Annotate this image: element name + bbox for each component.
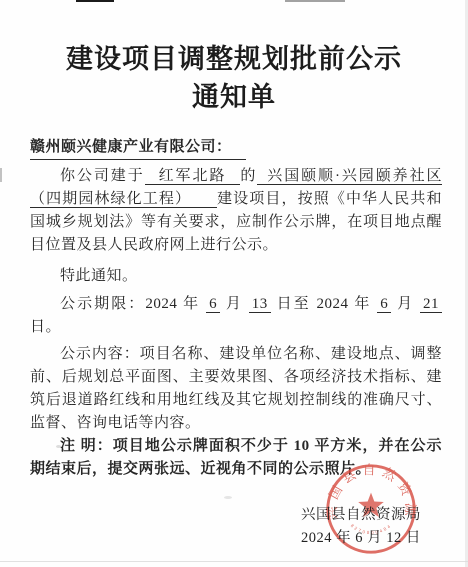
publicity-content-line: 公示内容：项目名称、建设单位名称、建设地点、调整前、后规划总平面图、主要效果图、… [30, 343, 442, 435]
issuing-organization: 兴国县自然资源局 [301, 504, 421, 527]
period-label: 公示期限： [60, 296, 145, 312]
salutation-line: 赣州颐兴健康产业有限公司： [30, 136, 442, 160]
scan-artifact [0, 561, 468, 562]
notice-document-page: 建设项目调整规划批前公示 通知单 赣州颐兴健康产业有限公司： 你公司建于红军北路… [0, 0, 468, 567]
publicity-period-line: 公示期限：2024 年 6 月 13 日至 2024 年 6 月 21 日。 [30, 293, 442, 339]
document-body: 赣州颐兴健康产业有限公司： 你公司建于红军北路的兴国颐顺·兴园颐养社区（四期园林… [0, 136, 468, 481]
issue-date: 2024 年 6 月 12 日 [301, 527, 421, 550]
period-month-2-underlined: 6 [377, 296, 391, 313]
period-month-sep-2: 月 [391, 296, 420, 312]
paragraph-lead: 你公司建于 [60, 168, 145, 184]
period-mid: 日至 2024 年 [271, 296, 377, 312]
paragraph-connector: 的 [240, 168, 257, 184]
scan-artifact [224, 496, 232, 499]
signature-block: 兴国县自然资源局 2024 年 6 月 12 日 [301, 504, 421, 550]
document-title: 建设项目调整规划批前公示 通知单 [0, 40, 468, 116]
period-day-2-underlined: 21 [420, 296, 442, 313]
period-month-1-underlined: 6 [206, 296, 220, 313]
remark-label: 注 明： [60, 438, 113, 454]
title-line-1: 建设项目调整规划批前公示 [0, 40, 468, 78]
street-name-underlined: 红军北路 [145, 168, 241, 185]
period-tail: 日。 [30, 319, 61, 335]
scan-artifact [76, 0, 114, 2]
recipient-company-name: 赣州颐兴健康产业有限公司： [30, 136, 246, 160]
period-day-1-underlined: 13 [249, 296, 271, 313]
period-year-1: 2024 年 [145, 296, 206, 312]
scan-artifact [285, 0, 345, 2]
project-paragraph: 你公司建于红军北路的兴国颐顺·兴园颐养社区（四期园林绿化工程）建设项目，按照《中… [30, 165, 442, 257]
period-month-sep-1: 月 [220, 296, 249, 312]
notice-line: 特此通知。 [30, 265, 442, 288]
title-line-2: 通知单 [0, 78, 468, 116]
